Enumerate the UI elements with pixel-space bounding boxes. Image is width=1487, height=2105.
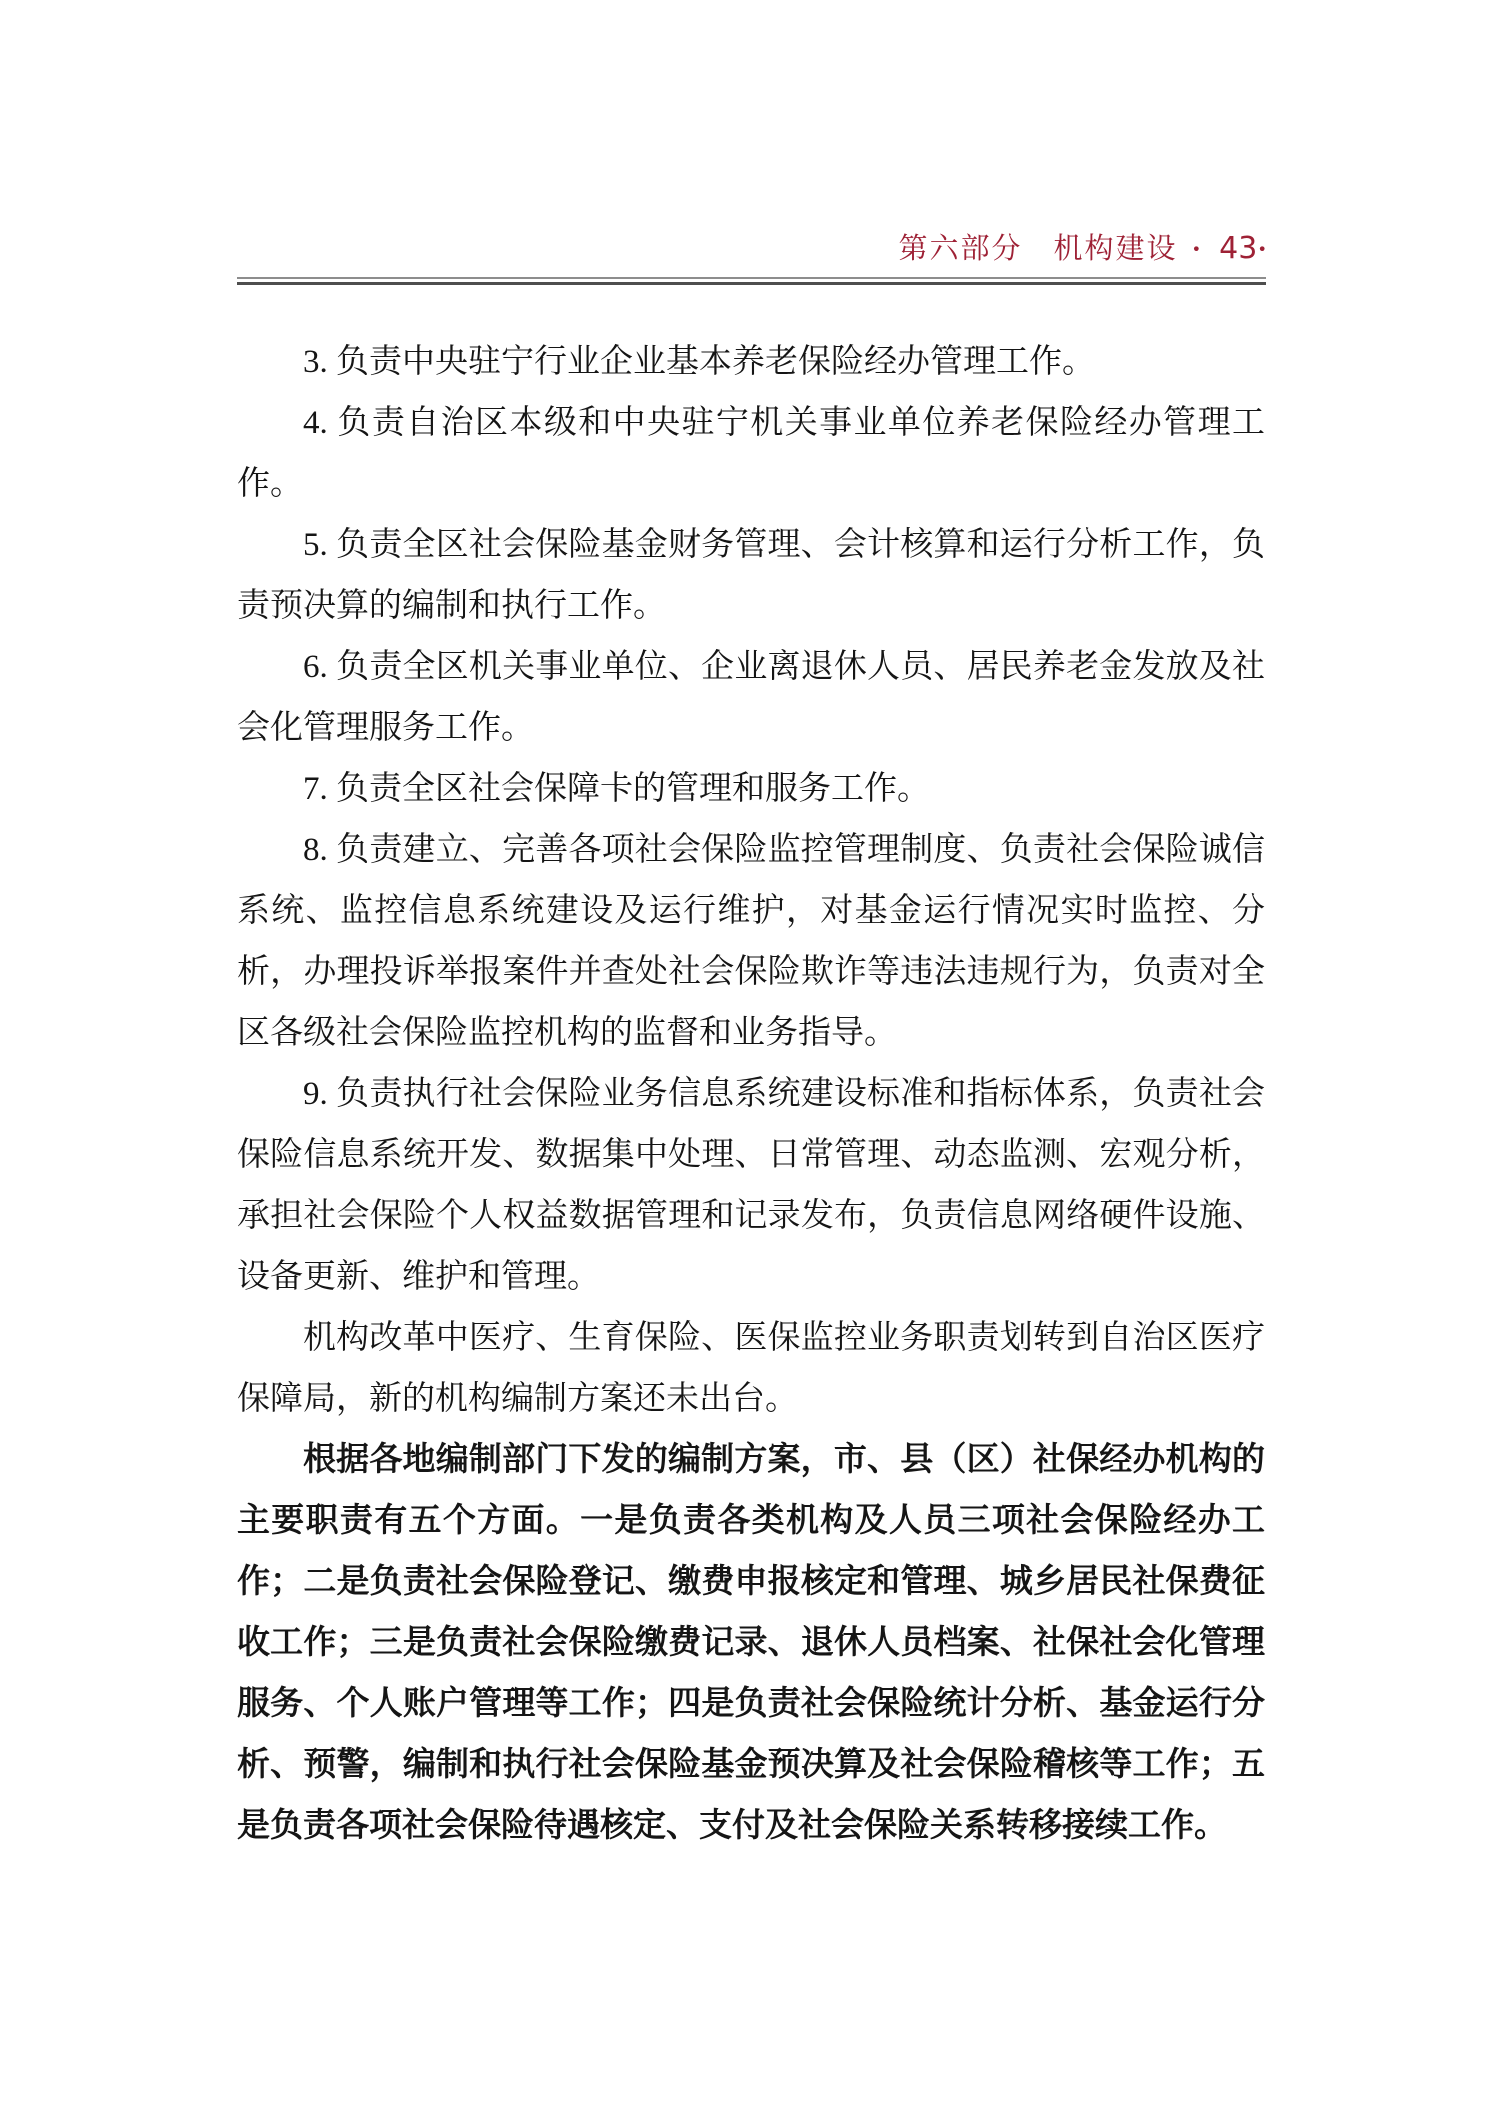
paragraph: 3. 负责中央驻宁行业企业基本养老保险经办管理工作。 — [237, 332, 1265, 393]
section-heading: 根据各地编制部门下发的编制方案，市、县（区）社保经办机构的主要职责有五个方面。一… — [237, 1430, 1265, 1857]
paragraph: 8. 负责建立、完善各项社会保险监控管理制度、负责社会保险诚信系统、监控信息系统… — [237, 820, 1265, 1064]
paragraph: 7. 负责全区社会保障卡的管理和服务工作。 — [237, 759, 1265, 820]
header-double-rule — [237, 277, 1266, 285]
running-header: 第六部分 机构建设·43· — [898, 232, 1267, 266]
document-body: 3. 负责中央驻宁行业企业基本养老保险经办管理工作。 4. 负责自治区本级和中央… — [237, 332, 1265, 1857]
document-page: 第六部分 机构建设·43· 3. 负责中央驻宁行业企业基本养老保险经办管理工作。… — [0, 0, 1487, 2105]
running-header-title: 第六部分 机构建设 — [898, 233, 1177, 265]
paragraph: 5. 负责全区社会保险基金财务管理、会计核算和运行分析工作，负责预决算的编制和执… — [237, 515, 1265, 637]
paragraph: 6. 负责全区机关事业单位、企业离退休人员、居民养老金发放及社会化管理服务工作。 — [237, 637, 1265, 759]
paragraph: 4. 负责自治区本级和中央驻宁机关事业单位养老保险经办管理工作。 — [237, 393, 1265, 515]
page-number-left-dot: · — [1191, 232, 1203, 266]
page-number-right-dot: · — [1257, 233, 1267, 265]
page-number: 43 — [1219, 231, 1257, 266]
paragraph: 机构改革中医疗、生育保险、医保监控业务职责划转到自治区医疗保障局，新的机构编制方… — [237, 1308, 1265, 1430]
paragraph: 9. 负责执行社会保险业务信息系统建设标准和指标体系，负责社会保险信息系统开发、… — [237, 1064, 1265, 1308]
